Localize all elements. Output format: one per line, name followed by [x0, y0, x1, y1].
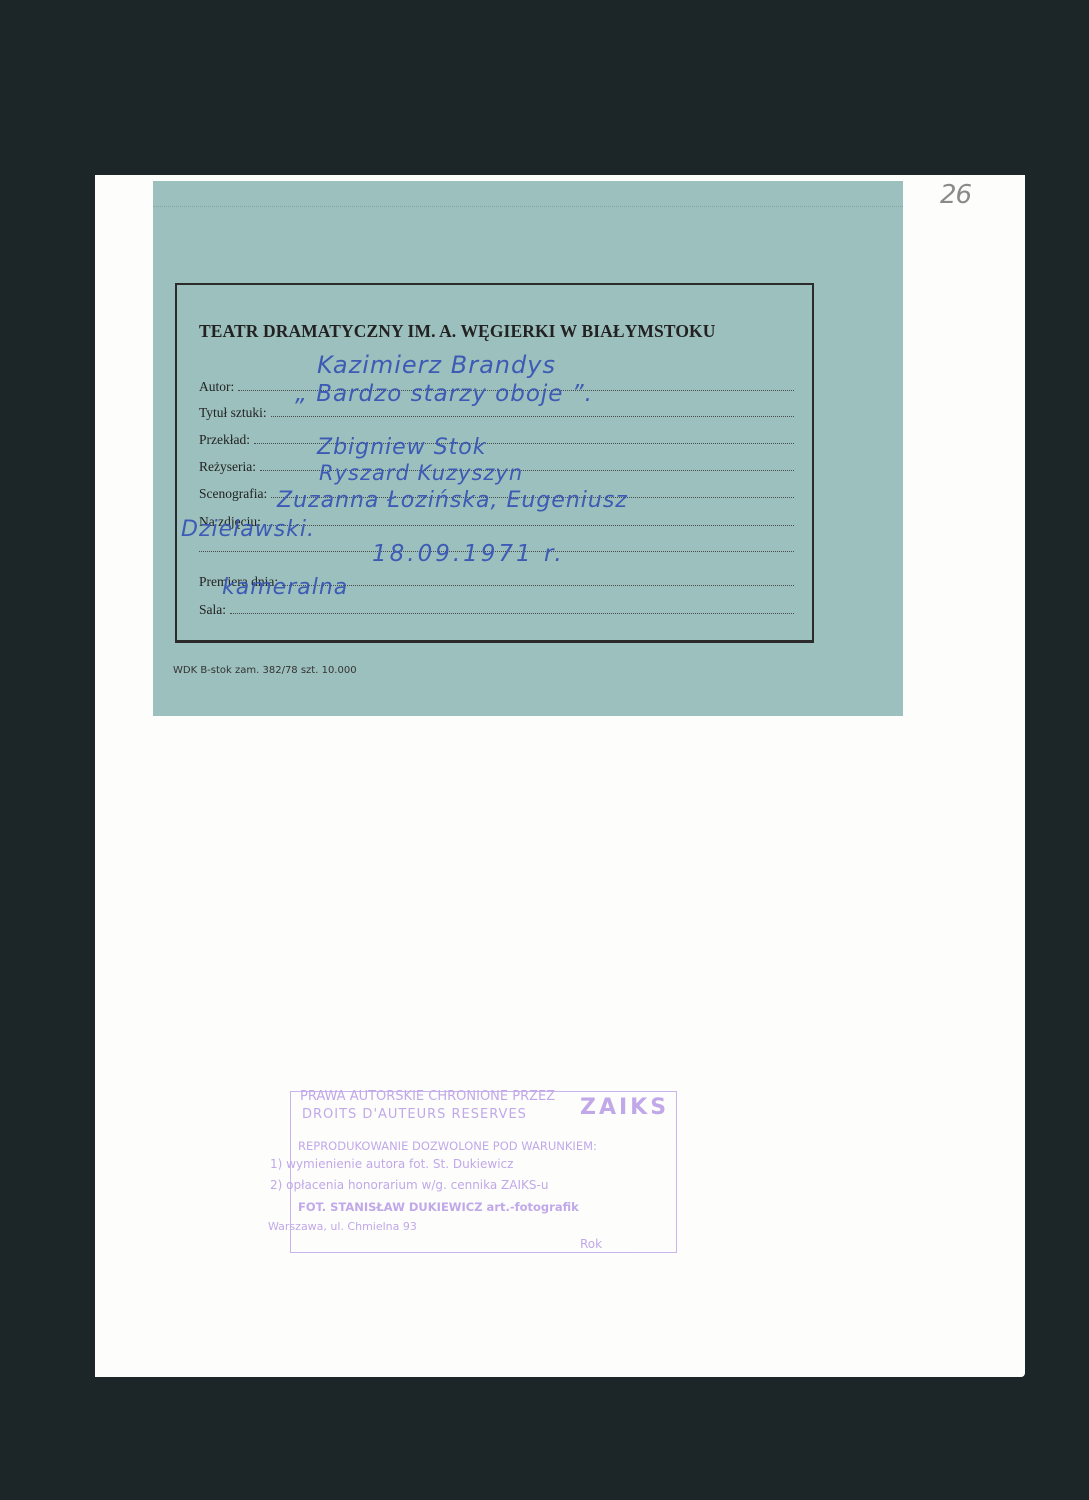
field-label: Tytuł sztuki: — [199, 405, 271, 421]
card-divider — [153, 206, 903, 207]
handwritten-hall: kameralna — [222, 575, 348, 600]
handwritten-scenography: Ryszard Kuzyszyn — [319, 461, 523, 485]
stamp-line: FOT. STANISŁAW DUKIEWICZ art.-fotografik — [298, 1200, 579, 1214]
card-title: TEATR DRAMATYCZNY IM. A. WĘGIERKI W BIAŁ… — [199, 321, 716, 342]
stamp-line: REPRODUKOWANIE DOZWOLONE POD WARUNKIEM: — [298, 1139, 597, 1153]
field-dotted-line — [230, 613, 794, 614]
stamp-line: 1) wymienienie autora fot. St. Dukiewicz — [270, 1157, 513, 1171]
stamp-line: DROITS D'AUTEURS RESERVES — [302, 1107, 527, 1122]
field-dotted-line — [271, 416, 794, 417]
theatre-info-card: TEATR DRAMATYCZNY IM. A. WĘGIERKI W BIAŁ… — [153, 181, 903, 716]
stamp-line: PRAWA AUTORSKIE CHRONIONE PRZEZ — [300, 1089, 555, 1104]
stamp-line: 2) opłacenia honorarium w/g. cennika ZAI… — [270, 1178, 548, 1192]
handwritten-author: Kazimierz Brandys — [317, 351, 556, 379]
field-przeklad: Przekład: — [199, 426, 794, 448]
form-frame: TEATR DRAMATYCZNY IM. A. WĘGIERKI W BIAŁ… — [175, 283, 814, 643]
handwritten-premiere-date: 18.09.1971 r. — [372, 541, 565, 567]
handwritten-cast-line1: Zuzanna Łozińska, Eugeniusz — [277, 488, 628, 513]
field-dotted-line — [265, 525, 794, 526]
field-dotted-line — [282, 585, 794, 586]
handwritten-title: „ Bardzo starzy oboje ”. — [295, 381, 593, 407]
field-label: Reżyseria: — [199, 459, 260, 475]
field-label: Przekład: — [199, 432, 254, 448]
field-label: Sala: — [199, 602, 230, 618]
zaiks-copyright-stamp: ZAIKS PRAWA AUTORSKIE CHRONIONE PRZEZ DR… — [262, 1083, 680, 1253]
stamp-line: Rok — [580, 1237, 602, 1251]
stamp-line: Warszawa, ul. Chmielna 93 — [268, 1220, 417, 1233]
handwritten-cast-line2: Dzielawski. — [181, 517, 315, 542]
field-label: Autor: — [199, 379, 238, 395]
page-number: 26 — [940, 180, 971, 210]
stamp-brand: ZAIKS — [580, 1095, 669, 1120]
printer-note: WDK B-stok zam. 382/78 szt. 10.000 — [173, 665, 357, 676]
handwritten-director: Zbigniew Stok — [317, 435, 486, 460]
field-label: Scenografia: — [199, 486, 271, 502]
